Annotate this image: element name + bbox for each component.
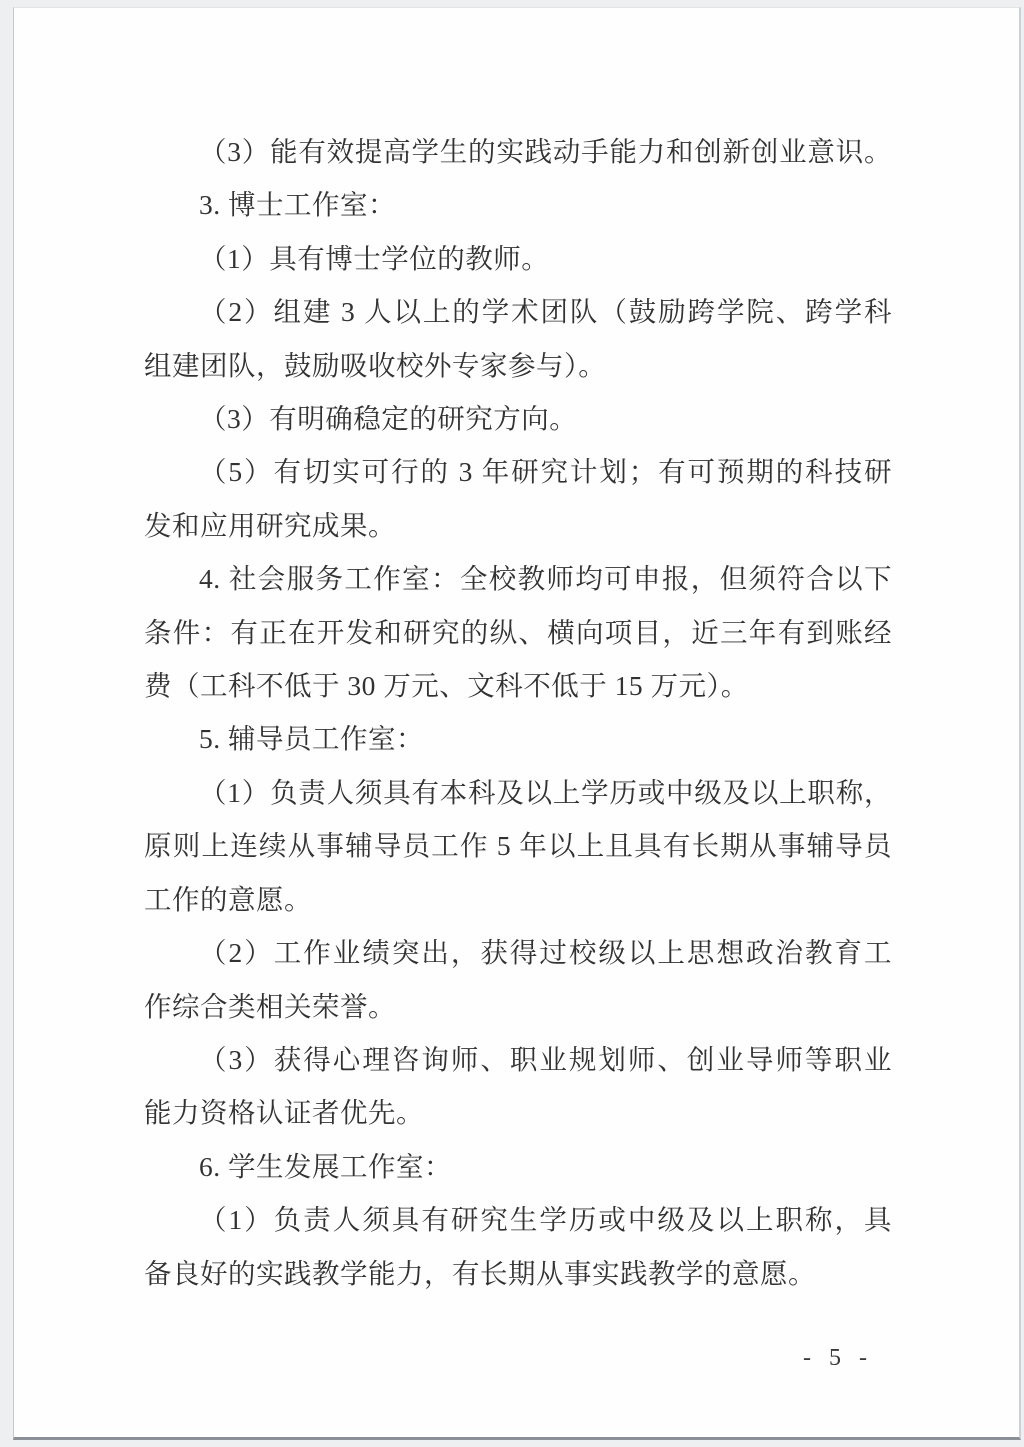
text-line: （3）获得心理咨询师、职业规划师、创业导师等职业 — [144, 1033, 892, 1086]
text-line: 备良好的实践教学能力，有长期从事实践教学的意愿。 — [144, 1247, 892, 1300]
text-line: 原则上连续从事辅导员工作 5 年以上且具有长期从事辅导员 — [144, 819, 892, 872]
text-line: （1）负责人须具有本科及以上学历或中级及以上职称， — [144, 766, 892, 819]
text-line: （3）能有效提高学生的实践动手能力和创新创业意识。 — [144, 125, 892, 178]
text-line: 4. 社会服务工作室：全校教师均可申报，但须符合以下 — [144, 552, 892, 605]
text-line: 费（工科不低于 30 万元、文科不低于 15 万元）。 — [144, 659, 892, 712]
text-line: 工作的意愿。 — [144, 873, 892, 926]
text-line: 作综合类相关荣誉。 — [144, 980, 892, 1033]
document-page: （3）能有效提高学生的实践动手能力和创新创业意识。3. 博士工作室：（1）具有博… — [13, 7, 1021, 1440]
text-line: 5. 辅导员工作室： — [144, 712, 892, 765]
text-line: 组建团队，鼓励吸收校外专家参与）。 — [144, 339, 892, 392]
text-line: （3）有明确稳定的研究方向。 — [144, 392, 892, 445]
text-block: （3）能有效提高学生的实践动手能力和创新创业意识。3. 博士工作室：（1）具有博… — [144, 125, 892, 1300]
text-line: （2）组建 3 人以上的学术团队（鼓励跨学院、跨学科 — [144, 285, 892, 338]
text-line: （2）工作业绩突出，获得过校级以上思想政治教育工 — [144, 926, 892, 979]
page-number: - 5 - — [803, 1345, 873, 1372]
text-line: 条件：有正在开发和研究的纵、横向项目，近三年有到账经 — [144, 606, 892, 659]
text-line: （5）有切实可行的 3 年研究计划；有可预期的科技研 — [144, 445, 892, 498]
text-line: 发和应用研究成果。 — [144, 499, 892, 552]
scanned-page-background: （3）能有效提高学生的实践动手能力和创新创业意识。3. 博士工作室：（1）具有博… — [0, 0, 1024, 1447]
text-line: （1）具有博士学位的教师。 — [144, 232, 892, 285]
text-line: 3. 博士工作室： — [144, 178, 892, 231]
text-line: （1）负责人须具有研究生学历或中级及以上职称，具 — [144, 1193, 892, 1246]
text-line: 能力资格认证者优先。 — [144, 1086, 892, 1139]
text-line: 6. 学生发展工作室： — [144, 1140, 892, 1193]
